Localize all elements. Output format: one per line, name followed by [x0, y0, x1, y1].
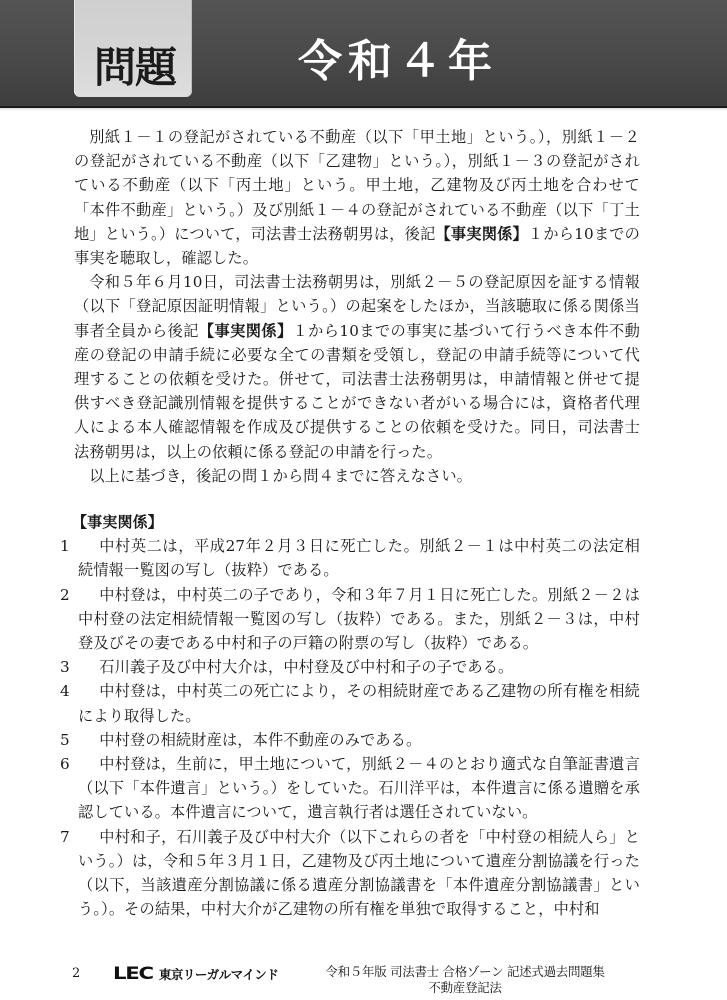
fact-text: 石川義子及び中村大介は，中村登及び中村和子の子である。	[78, 655, 640, 679]
fact-number: 6	[60, 752, 78, 776]
page-number: 2	[72, 966, 80, 981]
intro-paragraph-1: 別紙１－１の登記がされている不動産（以下「甲土地」という。），別紙１－２の登記が…	[74, 125, 640, 270]
fact-text: 中村登は，中村英二の死亡により，その相続財産である乙建物の所有権を相続により取得…	[78, 679, 640, 727]
fact-number: 7	[60, 825, 78, 849]
facts-reference: 【事実関係】	[436, 225, 528, 243]
document-body: 別紙１－１の登記がされている不動産（以下「甲土地」という。），別紙１－２の登記が…	[74, 125, 640, 922]
page-header-band: 問題 令和４年	[0, 0, 727, 108]
fact-number: 2	[60, 583, 78, 607]
section-tab-label: 問題	[84, 47, 186, 89]
fact-text: 中村登は，中村英二の子であり，令和３年７月１日に死亡した。別紙２－２は中村登の法…	[78, 583, 640, 656]
fact-text: 中村登は，生前に，甲土地について，別紙２－４のとおり適式な自筆証書遺言（以下「本…	[78, 752, 640, 825]
publisher-name: 東京リーガルマインド	[159, 965, 279, 983]
paragraph-text: 以上に基づき，後記の問１から問４までに答えなさい。	[89, 467, 472, 485]
section-tab: 問題	[74, 0, 192, 97]
fact-number: 5	[60, 728, 78, 752]
facts-list: 1中村英二は，平成27年２月３日に死亡した。別紙２－１は中村英二の法定相続情報一…	[74, 534, 640, 921]
page-title: 令和４年	[298, 40, 498, 84]
fact-item-6: 6中村登は，生前に，甲土地について，別紙２－４のとおり適式な自筆証書遺言（以下「…	[60, 752, 640, 825]
intro-paragraph-2: 令和５年６月10日，司法書士法務朝男は，別紙２－５の登記原因を証する情報（以下「…	[74, 270, 640, 464]
intro-paragraph-3: 以上に基づき，後記の問１から問４までに答えなさい。	[74, 464, 640, 488]
fact-number: 4	[60, 679, 78, 703]
fact-text: 中村英二は，平成27年２月３日に死亡した。別紙２－１は中村英二の法定相続情報一覧…	[78, 534, 640, 582]
intro-section: 別紙１－１の登記がされている不動産（以下「甲土地」という。），別紙１－２の登記が…	[74, 125, 640, 488]
fact-item-7: 7中村和子，石川義子及び中村大介（以下これらの者を「中村登の相続人ら」という。）…	[60, 825, 640, 922]
paragraph-text: １から10までの事実に基づいて行うべき本件不動産の登記の申請手続に必要な全ての書…	[74, 322, 640, 461]
fact-number: 3	[60, 655, 78, 679]
fact-item-3: 3石川義子及び中村大介は，中村登及び中村和子の子である。	[60, 655, 640, 679]
page-footer: 2 LEC 東京リーガルマインド 令和５年版 司法書士 合格ゾーン 記述式過去問…	[0, 960, 727, 1000]
facts-heading: 【事実関係】	[72, 510, 640, 534]
fact-text: 中村和子，石川義子及び中村大介（以下これらの者を「中村登の相続人ら」という。）は…	[78, 825, 640, 922]
fact-text: 中村登の相続財産は，本件不動産のみである。	[78, 728, 640, 752]
fact-item-1: 1中村英二は，平成27年２月３日に死亡した。別紙２－１は中村英二の法定相続情報一…	[60, 534, 640, 582]
lec-logo-icon: LEC	[113, 964, 153, 984]
book-title-line-1: 令和５年版 司法書士 合格ゾーン 記述式過去問題集	[300, 964, 630, 980]
fact-item-4: 4中村登は，中村英二の死亡により，その相続財産である乙建物の所有権を相続により取…	[60, 679, 640, 727]
fact-number: 1	[60, 534, 78, 558]
publisher-logo: LEC 東京リーガルマインド	[113, 964, 278, 984]
book-title-line-2: 不動産登記法	[300, 980, 630, 996]
fact-item-2: 2中村登は，中村英二の子であり，令和３年７月１日に死亡した。別紙２－２は中村登の…	[60, 583, 640, 656]
book-title: 令和５年版 司法書士 合格ゾーン 記述式過去問題集 不動産登記法	[300, 964, 630, 996]
fact-item-5: 5中村登の相続財産は，本件不動産のみである。	[60, 728, 640, 752]
facts-reference: 【事実関係】	[199, 322, 293, 340]
